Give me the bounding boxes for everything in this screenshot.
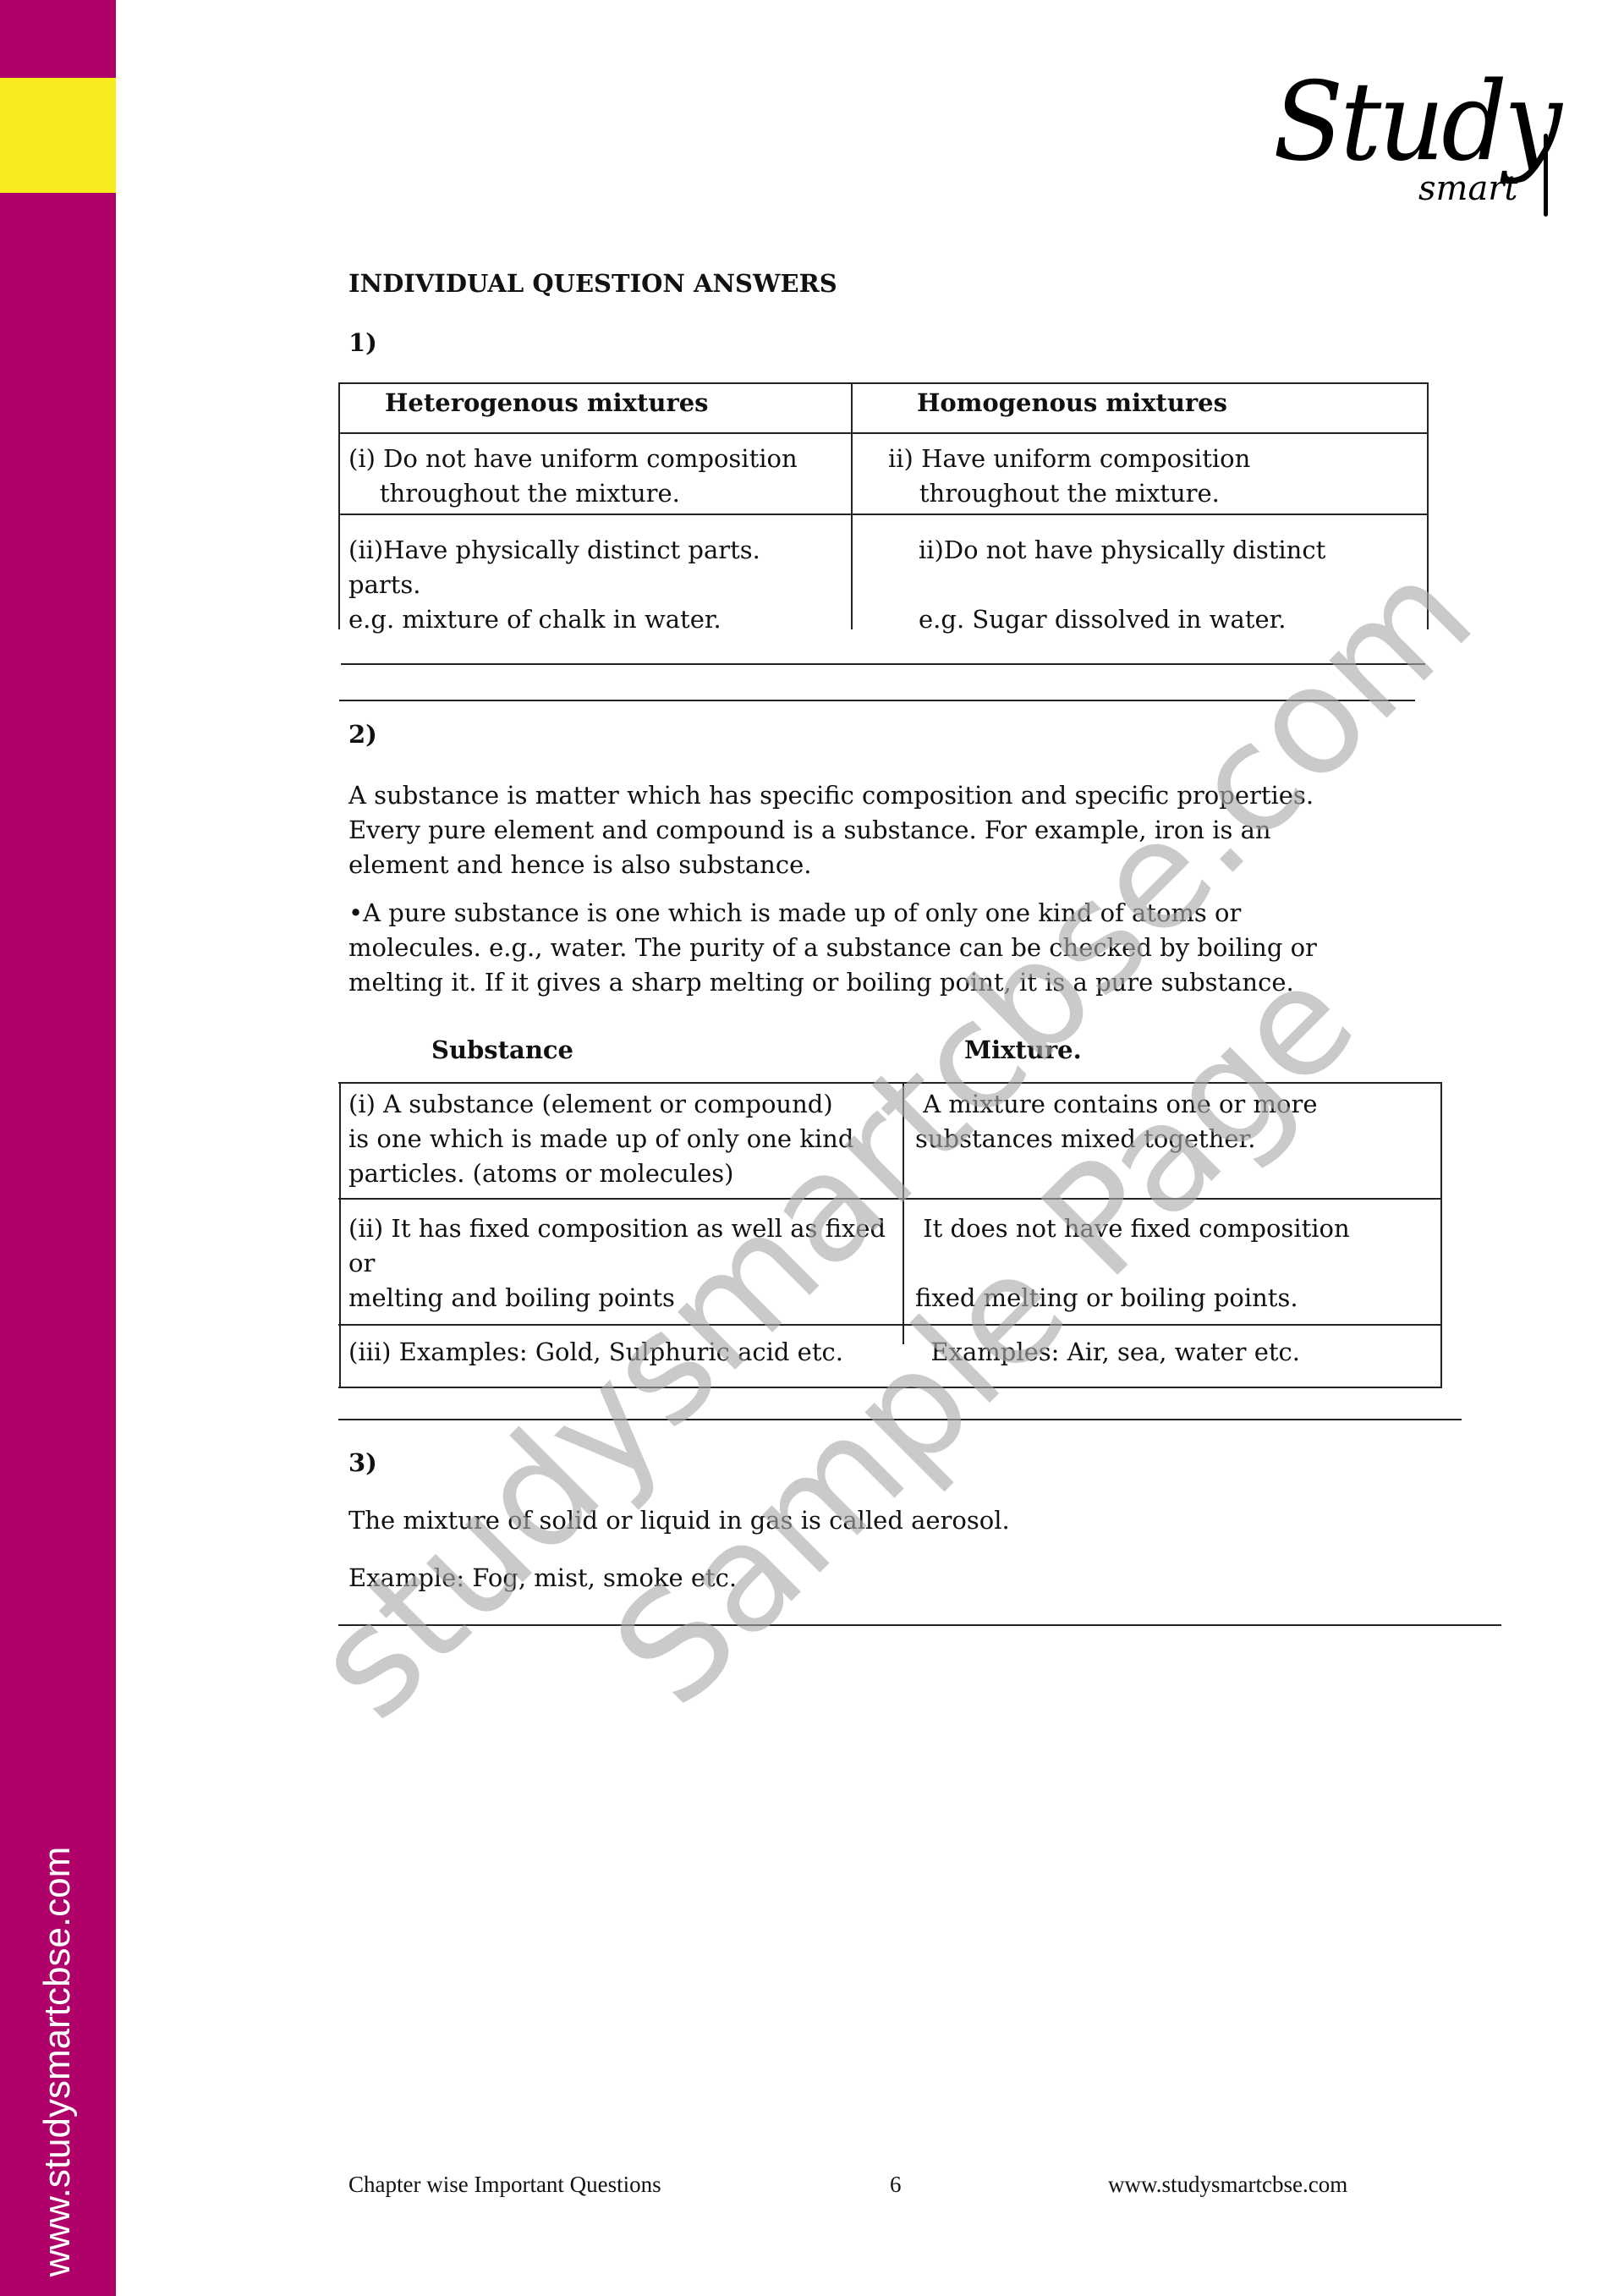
q2-cell: It does not have fixed composition fixed…: [915, 1211, 1350, 1316]
divider: [338, 1419, 1462, 1420]
q2-header-substance: Substance: [431, 1035, 573, 1064]
q2-paragraph-1: A substance is matter which has specific…: [348, 778, 1314, 882]
q2-header-mixture: Mixture.: [964, 1035, 1082, 1064]
q1-cell: ii)Do not have physically distinct e.g. …: [919, 533, 1325, 637]
table-border: [851, 382, 853, 629]
q1-header-heterogenous: Heterogenous mixtures: [385, 386, 709, 420]
table-border: [338, 1387, 1442, 1388]
divider: [339, 700, 1415, 701]
table-border: [903, 1082, 904, 1344]
q1-cell: ii) Have uniform composition throughout …: [888, 442, 1250, 511]
logo-stroke: [1544, 134, 1548, 217]
q2-cell: (i) A substance (element or compound) is…: [348, 1087, 853, 1191]
q1-header-homogenous: Homogenous mixtures: [917, 386, 1227, 420]
q2-paragraph-2: •A pure substance is one which is made u…: [348, 896, 1317, 1000]
page-title: INDIVIDUAL QUESTION ANSWERS: [348, 269, 837, 298]
q2-cell: Examples: Air, sea, water etc.: [915, 1335, 1300, 1370]
table-border: [338, 1324, 1442, 1326]
table-border: [338, 432, 1429, 434]
table-border: [339, 1082, 341, 1388]
q2-cell: (ii) It has fixed composition as well as…: [348, 1211, 886, 1316]
divider: [338, 1624, 1501, 1626]
question-2-number: 2): [348, 720, 377, 749]
logo-sub-text: smart: [1418, 169, 1518, 208]
q1-cell: (ii)Have physically distinct parts. part…: [348, 533, 760, 637]
table-border: [338, 514, 1429, 515]
q2-cell: (iii) Examples: Gold, Sulphuric acid etc…: [348, 1335, 843, 1370]
table-border: [338, 382, 1429, 384]
question-1-number: 1): [348, 328, 377, 357]
q3-line-1: The mixture of solid or liquid in gas is…: [348, 1503, 1010, 1538]
footer-url: www.studysmartcbse.com: [1108, 2172, 1347, 2198]
sidebar-url: www.studysmartcbse.com: [36, 1847, 79, 2277]
text-line: element and hence is also substance.: [348, 848, 1314, 882]
study-smart-logo: Study smart: [1273, 74, 1561, 218]
side-accent-block: [0, 78, 116, 193]
q1-cell: (i) Do not have uniform composition thro…: [348, 442, 798, 511]
q2-cell: A mixture contains one or more substance…: [915, 1087, 1318, 1156]
text-line: melting it. If it gives a sharp melting …: [348, 965, 1317, 1000]
table-border: [1440, 1082, 1442, 1388]
divider: [341, 663, 1425, 665]
logo-main-text: Study: [1273, 59, 1559, 185]
text-line: molecules. e.g., water. The purity of a …: [348, 931, 1317, 965]
text-line: Every pure element and compound is a sub…: [348, 813, 1314, 848]
question-3-number: 3): [348, 1448, 377, 1477]
table-border: [338, 382, 340, 629]
footer-page-number: 6: [890, 2172, 902, 2198]
footer-chapter-label: Chapter wise Important Questions: [348, 2172, 661, 2198]
table-border: [338, 1198, 1442, 1200]
text-line: A substance is matter which has specific…: [348, 778, 1314, 813]
table-border: [1427, 382, 1429, 629]
q3-line-2: Example: Fog, mist, smoke etc.: [348, 1561, 737, 1596]
text-line: •A pure substance is one which is made u…: [348, 896, 1317, 931]
table-border: [338, 1082, 1442, 1084]
